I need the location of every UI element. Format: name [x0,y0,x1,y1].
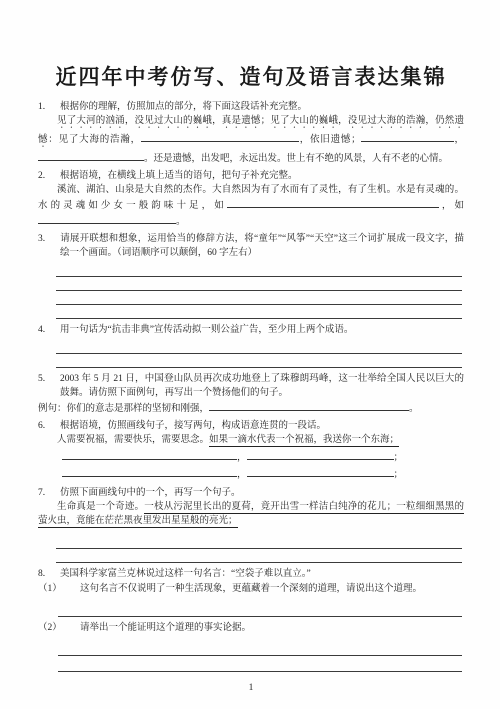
answer-line [58,604,462,617]
question-prompt-text: 用一句话为“抗击非典”宣传活动拟一则公益广告，至少用上两个成语。 [60,325,353,335]
body-text: ； [394,470,404,480]
answer-blank [227,197,439,208]
body-text: ， [237,453,247,463]
answer-line [58,643,462,656]
question-4: 4.用一句话为“抗击非典”宣传活动拟一则公益广告，至少用上两个成语。 [38,323,464,368]
answer-line [58,659,462,672]
body-text: 例句：你们的意志是那样的坚韧和刚强， [38,404,209,414]
question-number: 8. [38,567,60,581]
answer-blank [361,131,454,142]
question-1: 1.根据你的理解，仿照加点的部分，将下面这段话补充完整。 见了大河的汹涌，没见过… [38,100,464,166]
question-3: 3.请展开联想和想象，运用恰当的修辞方法，将“童年”“风筝”“天空”这三个词扩展… [38,232,464,319]
question-7-answer-lines [56,536,462,563]
answer-blank [38,213,176,224]
question-number: 6. [38,419,60,433]
question-4-prompt: 4.用一句话为“抗击非典”宣传活动拟一则公益广告，至少用上两个成语。 [38,323,464,337]
question-1-body: 见了大河的汹涌，没见过大山的巍峨，真是遗憾；见了大山的巍峨，没见过大海的浩瀚，仍… [38,114,464,166]
question-6-answer-blanks: ，； ，； [62,449,464,483]
question-8-prompt: 8.美国科学家富兰克林说过这样一句名言：“空袋子难以直立。” [38,567,464,581]
question-3-answer-lines [56,264,462,319]
sub-question-text: 这句名言不仅说明了一种生活现象，更蕴藏着一个深刻的道理，请说出这个道理。 [80,584,422,594]
question-8-sub-1-answer-lines [58,604,462,617]
body-text: 。 [176,217,186,227]
question-prompt-text: 美国科学家富兰克林说过这样一句名言：“空袋子难以直立。” [60,569,311,579]
answer-blank [62,466,237,477]
question-3-prompt: 3.请展开联想和想象，运用恰当的修辞方法，将“童年”“风筝”“天空”这三个词扩展… [38,232,464,260]
answer-blank [62,449,237,460]
question-prompt-text: 根据你的理解，仿照加点的部分，将下面这段话补充完整。 [60,102,307,112]
answer-line [56,264,462,277]
question-number: 3. [38,232,60,246]
question-number: 4. [38,323,60,337]
body-text: 。还是遗憾，出发吧，永远出发。世上有不绝的风景，人有不老的心情。 [144,154,448,164]
sub-question-number: （2） [38,621,80,635]
body-text: ， [454,135,464,145]
question-number: 1. [38,100,60,114]
question-8-sub-2-answer-lines [58,643,462,672]
question-2-prompt: 2.根据语境，在横线上填上适当的语句，把句子补充完整。 [38,169,464,183]
question-7: 7.仿照下面画线句中的一个，再写一个句子。 生命真是一个奇迹。一枝从污泥里长出的… [38,486,464,563]
question-1-prompt: 1.根据你的理解，仿照加点的部分，将下面这段话补充完整。 [38,100,464,114]
answer-blank [141,131,299,142]
question-6-prompt: 6.根据语境，仿照画线句子，接写两句，构成语意连贯的一段话。 [38,419,464,433]
answer-blank-row: ，； [62,449,464,466]
question-8-sub-2: （2）请举出一个能证明这个道理的事实论据。 [38,621,464,635]
answer-line [56,341,462,354]
body-text: ，依旧遗憾； [299,135,361,145]
answer-line [56,355,462,368]
question-prompt-text: 根据语境，仿照画线句子，接写两句，构成语意连贯的一段话。 [60,421,326,431]
page-number: 1 [38,681,464,695]
page-title: 近四年中考仿写、造句及语言表达集锦 [38,64,464,90]
question-4-answer-lines [56,341,462,368]
answer-line [56,278,462,291]
answer-line [56,536,462,549]
question-number: 2. [38,169,60,183]
answer-blank [247,449,394,460]
body-text: 。 [409,404,419,414]
answer-line [56,306,462,319]
body-text: 生命真是一个奇迹。 [57,502,144,512]
question-prompt-text: 根据语境，在横线上填上适当的语句，把句子补充完整。 [60,171,298,181]
answer-blank [209,400,409,411]
answer-blank [38,150,144,161]
question-6: 6.根据语境，仿照画线句子，接写两句，构成语意连贯的一段话。 人需要祝福，需要快… [38,419,464,483]
question-prompt-text: 2003 年 5 月 21 日，中国登山队员再次成功地登上了珠穆朗玛峰，这一壮举… [60,374,464,398]
answer-line [56,550,462,563]
body-text: 人需要祝福，需要快乐，需要思念。 [57,435,209,445]
question-7-body: 生命真是一个奇迹。一枝从污泥里长出的夏荷，竟开出雪一样洁白纯净的花儿；一粒细细黑… [38,500,464,528]
question-6-body: 人需要祝福，需要快乐，需要思念。如果一滴水代表一个祝福，我送你一个东海； [38,433,464,447]
answer-line [56,292,462,305]
question-number: 7. [38,486,60,500]
question-prompt-text: 仿照下面画线句中的一个，再写一个句子。 [60,488,241,498]
question-2-body: 溪流、湖泊、山泉是大自然的杰作。大自然因为有了水而有了灵性，有了生机。水是有灵魂… [38,183,464,229]
question-8: 8.美国科学家富兰克林说过这样一句名言：“空袋子难以直立。” （1）这句名言不仅… [38,567,464,672]
question-7-prompt: 7.仿照下面画线句中的一个，再写一个句子。 [38,486,464,500]
question-2: 2.根据语境，在横线上填上适当的语句，把句子补充完整。 溪流、湖泊、山泉是大自然… [38,169,464,229]
document-page: 近四年中考仿写、造句及语言表达集锦 1.根据你的理解，仿照加点的部分，将下面这段… [0,0,500,709]
question-8-sub-1: （1）这句名言不仅说明了一种生活现象，更蕴藏着一个深刻的道理，请说出这个道理。 [38,582,464,596]
question-5-prompt: 5.2003 年 5 月 21 日，中国登山队员再次成功地登上了珠穆朗玛峰，这一… [38,372,464,400]
question-prompt-text: 请展开联想和想象，运用恰当的修辞方法，将“童年”“风筝”“天空”这三个词扩展成一… [60,234,464,258]
answer-blank-row: ，； [62,466,464,483]
question-5: 5.2003 年 5 月 21 日，中国登山队员再次成功地登上了珠穆朗玛峰，这一… [38,372,464,416]
body-text: ； [394,453,404,463]
body-text: ，如 [439,201,464,211]
question-5-example-sentence: 例句：你们的意志是那样的坚韧和刚强，。 [38,400,464,416]
question-number: 5. [38,372,60,386]
underlined-model-sentence: 如果一滴水代表一个祝福，我送你一个东海； [209,435,399,447]
sub-question-text: 请举出一个能证明这个道理的事实论据。 [80,623,251,633]
sub-question-number: （1） [38,582,80,596]
body-text: ， [237,470,247,480]
body-text: 见了大海的浩瀚， [59,135,141,145]
answer-blank [247,466,394,477]
